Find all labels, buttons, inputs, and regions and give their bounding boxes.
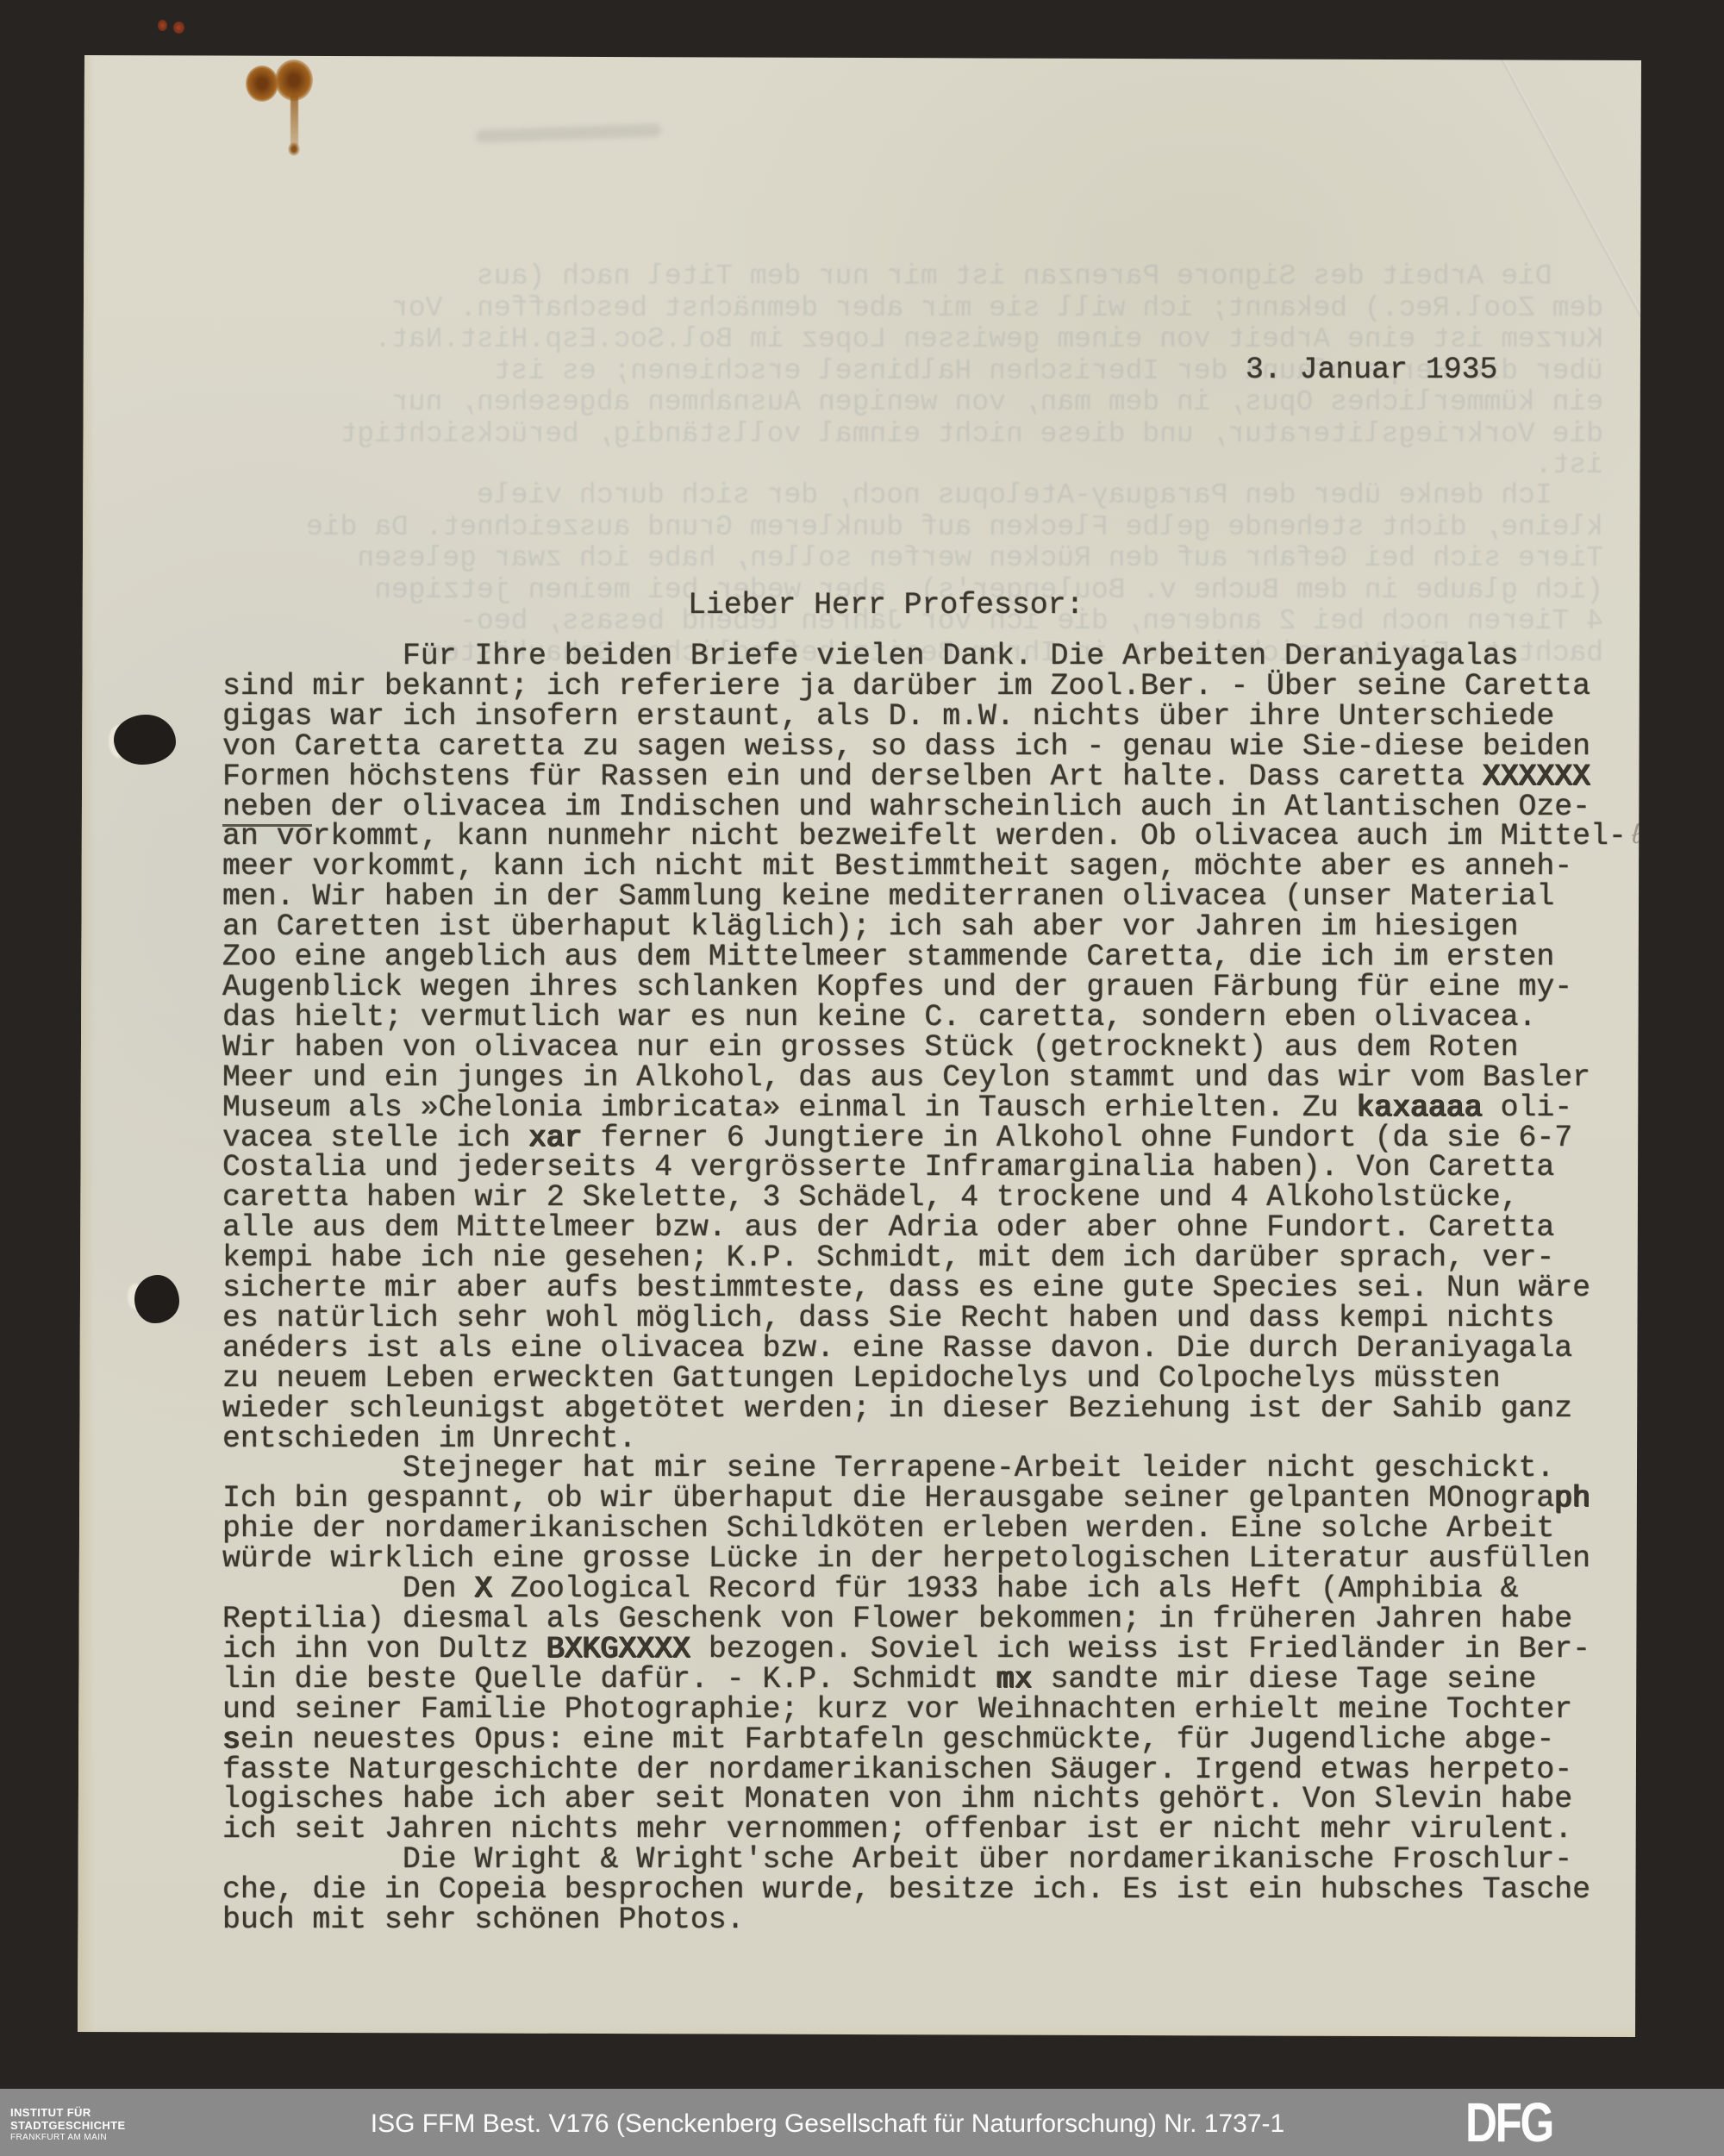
text-segment: lin die beste Quelle dafür. - K.P. Schmi… bbox=[222, 1663, 996, 1697]
red-speck-2 bbox=[173, 22, 184, 34]
letter-line: fasste Naturgeschichte der nordamerikani… bbox=[222, 1756, 1627, 1786]
overstruck-word: xar bbox=[528, 1122, 583, 1155]
rust-drip-droplet bbox=[288, 142, 300, 156]
ghost-line: kleine, dicht stehende gelbe Flecken auf… bbox=[99, 512, 1603, 544]
text-segment: Reptilia) diesmal als Geschenk von Flowe… bbox=[222, 1603, 1572, 1636]
letter-line: Reptilia) diesmal als Geschenk von Flowe… bbox=[222, 1605, 1627, 1635]
overstruck-word: s bbox=[222, 1723, 240, 1757]
text-segment: Augenblick wegen ihres schlanken Kopfes … bbox=[222, 971, 1572, 1004]
letter-line: sind mir bekannt; ich referiere ja darüb… bbox=[222, 672, 1627, 703]
text-segment: würde wirklich eine grosse Lücke in der … bbox=[222, 1542, 1590, 1576]
text-segment: caretta haben wir 2 Skelette, 3 Schädel,… bbox=[222, 1181, 1518, 1215]
text-segment: che, die in Copeia besprochen wurde, bes… bbox=[222, 1873, 1590, 1907]
text-segment: an vorkommt, kann nunmehr nicht bezweife… bbox=[222, 820, 1627, 853]
text-segment: und seiner Familie Photographie; kurz vo… bbox=[222, 1693, 1572, 1727]
ghost-line: Tiere sich bei Gefahr auf den Rücken wer… bbox=[99, 543, 1603, 575]
overstruck-word: XXXXXX bbox=[1483, 760, 1590, 794]
text-segment: alle aus dem Mittelmeer bzw. aus der Adr… bbox=[222, 1211, 1554, 1245]
letter-line: ich seit Jahren nichts mehr vernommen; o… bbox=[222, 1815, 1627, 1846]
text-segment: Ich bin gespannt, ob wir überhaput die H… bbox=[222, 1482, 1554, 1515]
archive-scan: Die Arbeit des Signore Parenzan ist mir … bbox=[0, 0, 1724, 2156]
text-segment: sicherte mir aber aufs bestimmteste, das… bbox=[222, 1272, 1590, 1305]
ghost-line: Ich denke über den Paraguay-Atelopus noc… bbox=[99, 480, 1603, 512]
text-segment: sandte mir diese Tage seine bbox=[1033, 1663, 1537, 1697]
text-segment: anéders ist als eine olivacea bzw. eine … bbox=[222, 1332, 1572, 1365]
letter-line: lin die beste Quelle dafür. - K.P. Schmi… bbox=[222, 1665, 1627, 1696]
text-segment: phie der nordamerikanischen Schildköten … bbox=[222, 1512, 1554, 1546]
letter-line: Augenblick wegen ihres schlanken Kopfes … bbox=[222, 973, 1627, 1003]
letter-line: Den X Zoological Record für 1933 habe ic… bbox=[222, 1575, 1627, 1605]
letter-line: men. Wir haben in der Sammlung keine med… bbox=[222, 883, 1627, 913]
letter-line: an Caretten ist überhaput kläglich); ich… bbox=[222, 913, 1627, 943]
ghost-line: Kurzem ist eine Arbeit von einem gewisse… bbox=[99, 324, 1603, 356]
text-segment: Meer und ein junges in Alkohol, das aus … bbox=[222, 1061, 1590, 1095]
text-segment: men. Wir haben in der Sammlung keine med… bbox=[222, 880, 1554, 914]
text-segment: meer vorkommt, kann ich nicht mit Bestim… bbox=[222, 850, 1572, 884]
letter-line: es natürlich sehr wohl möglich, dass Sie… bbox=[222, 1304, 1627, 1334]
letter-body: Für Ihre beiden Briefe vielen Dank. Die … bbox=[222, 642, 1627, 1936]
letter-line: Stejneger hat mir seine Terrapene-Arbeit… bbox=[222, 1454, 1627, 1484]
rust-stain-1 bbox=[246, 66, 278, 102]
text-segment: logisches habe ich aber seit Monaten von… bbox=[222, 1783, 1572, 1816]
letter-line: entschieden im Unrecht. bbox=[222, 1425, 1627, 1455]
text-segment: zu neuem Leben erweckten Gattungen Lepid… bbox=[222, 1362, 1501, 1396]
text-segment: sind mir bekannt; ich referiere ja darüb… bbox=[222, 670, 1590, 703]
letter-line: phie der nordamerikanischen Schildköten … bbox=[222, 1515, 1627, 1545]
letter-line: an vorkommt, kann nunmehr nicht bezweife… bbox=[222, 822, 1627, 853]
rust-drip bbox=[290, 94, 298, 147]
letter-line: ich ihn von Dultz BXKGXXXX bezogen. Sovi… bbox=[222, 1635, 1627, 1665]
letter-line: würde wirklich eine grosse Lücke in der … bbox=[222, 1545, 1627, 1575]
letter-line: neben der olivacea im Indischen und wahr… bbox=[222, 793, 1627, 823]
ghost-line: die Vorkriegsliteratur, und diese nicht … bbox=[99, 419, 1603, 451]
letter-line: kempi habe ich nie gesehen; K.P. Schmidt… bbox=[222, 1244, 1627, 1274]
text-segment: ich ihn von Dultz bbox=[222, 1633, 547, 1666]
text-segment: buch mit sehr schönen Photos. bbox=[222, 1903, 745, 1937]
text-segment: das hielt; vermutlich war es nun keine C… bbox=[222, 1001, 1536, 1034]
text-segment: ein neuestes Opus: eine mit Farbtafeln g… bbox=[240, 1723, 1554, 1757]
text-segment: Für Ihre beiden Briefe vielen Dank. Die … bbox=[222, 640, 1518, 673]
text-segment: Den bbox=[222, 1572, 474, 1606]
letter-line: und seiner Familie Photographie; kurz vo… bbox=[222, 1696, 1627, 1726]
text-segment: der olivacea im Indischen und wahrschein… bbox=[312, 791, 1590, 824]
ghost-line: Die Arbeit des Signore Parenzan ist mir … bbox=[99, 261, 1603, 293]
pencil-smudge bbox=[476, 123, 661, 142]
text-segment: bezogen. Soviel ich weiss ist Friedlände… bbox=[690, 1633, 1590, 1666]
text-segment: ferner 6 Jungtiere in Alkohol ohne Fundo… bbox=[583, 1122, 1572, 1155]
letter-line: vacea stelle ich xar ferner 6 Jungtiere … bbox=[222, 1124, 1627, 1154]
letter-line: meer vorkommt, kann ich nicht mit Bestim… bbox=[222, 853, 1627, 883]
text-segment: oli- bbox=[1483, 1091, 1572, 1125]
text-segment: Zoo eine angeblich aus dem Mittelmeer st… bbox=[222, 941, 1554, 974]
text-segment: an Caretten ist überhaput kläglich); ich… bbox=[222, 910, 1518, 944]
letter-line: che, die in Copeia besprochen wurde, bes… bbox=[222, 1876, 1627, 1906]
letter-line: gigas war ich insofern erstaunt, als D. … bbox=[222, 703, 1627, 733]
letter-line: Meer und ein junges in Alkohol, das aus … bbox=[222, 1064, 1627, 1094]
letter-line: logisches habe ich aber seit Monaten von… bbox=[222, 1785, 1627, 1815]
letter-line: wieder schleunigst abgetötet werden; in … bbox=[222, 1395, 1627, 1425]
letter-line: anéders ist als eine olivacea bzw. eine … bbox=[222, 1334, 1627, 1365]
ghost-line: ein kümmerliches Opus, in dem man, von w… bbox=[99, 387, 1603, 419]
letter-line: zu neuem Leben erweckten Gattungen Lepid… bbox=[222, 1365, 1627, 1395]
text-segment: fasste Naturgeschichte der nordamerikani… bbox=[222, 1753, 1572, 1787]
text-segment: von Caretta caretta zu sagen weiss, so d… bbox=[222, 730, 1590, 764]
overstruck-word: mx bbox=[996, 1663, 1033, 1697]
ghost-line: ist. bbox=[99, 450, 1603, 482]
pencil-mark: ℓ bbox=[1624, 818, 1649, 854]
letter-line: das hielt; vermutlich war es nun keine C… bbox=[222, 1003, 1627, 1034]
text-segment: Museum als »Chelonia imbricata» einmal i… bbox=[222, 1091, 1357, 1125]
overstruck-word: ph bbox=[1554, 1482, 1590, 1515]
hole-punch-1 bbox=[114, 715, 176, 765]
ghost-line: dem Zool.Rec.) bekannt; ich will sie mir… bbox=[99, 293, 1603, 325]
letter-line: sein neuestes Opus: eine mit Farbtafeln … bbox=[222, 1726, 1627, 1756]
red-speck-1 bbox=[158, 20, 167, 31]
overstruck-word: X bbox=[474, 1572, 492, 1606]
letter-line: Zoo eine angeblich aus dem Mittelmeer st… bbox=[222, 943, 1627, 973]
letter-line: Museum als »Chelonia imbricata» einmal i… bbox=[222, 1094, 1627, 1124]
letter-paper: Die Arbeit des Signore Parenzan ist mir … bbox=[78, 54, 1642, 2037]
letter-line: Wir haben von olivacea nur ein grosses S… bbox=[222, 1034, 1627, 1064]
letter-line: Die Wright & Wright'sche Arbeit über nor… bbox=[222, 1846, 1627, 1876]
text-segment: Wir haben von olivacea nur ein grosses S… bbox=[222, 1031, 1518, 1065]
letter-line: alle aus dem Mittelmeer bzw. aus der Adr… bbox=[222, 1214, 1627, 1244]
text-segment: ich seit Jahren nichts mehr vernommen; o… bbox=[222, 1813, 1572, 1847]
letter-line: Formen höchstens für Rassen ein und ders… bbox=[222, 763, 1627, 793]
text-segment: entschieden im Unrecht. bbox=[222, 1422, 636, 1456]
text-segment: wieder schleunigst abgetötet werden; in … bbox=[222, 1392, 1572, 1426]
letter-salutation: Lieber Herr Professor: bbox=[688, 591, 1084, 622]
text-segment: Costalia und jederseits 4 vergrösserte I… bbox=[222, 1151, 1554, 1184]
overstruck-word: BXKGXXXX bbox=[547, 1633, 690, 1666]
overstruck-word: kaxaaaa bbox=[1357, 1091, 1483, 1125]
text-segment: gigas war ich insofern erstaunt, als D. … bbox=[222, 700, 1554, 734]
text-segment: vacea stelle ich bbox=[222, 1122, 528, 1155]
hole-punch-2 bbox=[134, 1275, 179, 1323]
text-segment: kempi habe ich nie gesehen; K.P. Schmidt… bbox=[222, 1241, 1554, 1275]
letter-line: caretta haben wir 2 Skelette, 3 Schädel,… bbox=[222, 1184, 1627, 1214]
text-segment: Zoological Record für 1933 habe ich als … bbox=[492, 1572, 1518, 1606]
letter-line: Costalia und jederseits 4 vergrösserte I… bbox=[222, 1153, 1627, 1184]
text-segment: Stejneger hat mir seine Terrapene-Arbeit… bbox=[222, 1452, 1554, 1485]
archive-reference: ISG FFM Best. V176 (Senckenberg Gesellsc… bbox=[0, 2109, 1655, 2139]
letter-line: von Caretta caretta zu sagen weiss, so d… bbox=[222, 733, 1627, 763]
footer-bar: INSTITUT FÜR STADTGESCHICHTE FRANKFURT A… bbox=[0, 2089, 1724, 2156]
dfg-logo: DFG bbox=[1465, 2089, 1552, 2156]
letter-line: buch mit sehr schönen Photos. bbox=[222, 1906, 1627, 1936]
letter-date: 3. Januar 1935 bbox=[1246, 356, 1497, 386]
text-segment: Die Wright & Wright'sche Arbeit über nor… bbox=[222, 1843, 1572, 1877]
letter-line: Ich bin gespannt, ob wir überhaput die H… bbox=[222, 1484, 1627, 1515]
text-segment: es natürlich sehr wohl möglich, dass Sie… bbox=[222, 1302, 1554, 1335]
text-segment: Formen höchstens für Rassen ein und ders… bbox=[222, 760, 1483, 794]
letter-line: Für Ihre beiden Briefe vielen Dank. Die … bbox=[222, 642, 1627, 672]
letter-line: sicherte mir aber aufs bestimmteste, das… bbox=[222, 1274, 1627, 1304]
